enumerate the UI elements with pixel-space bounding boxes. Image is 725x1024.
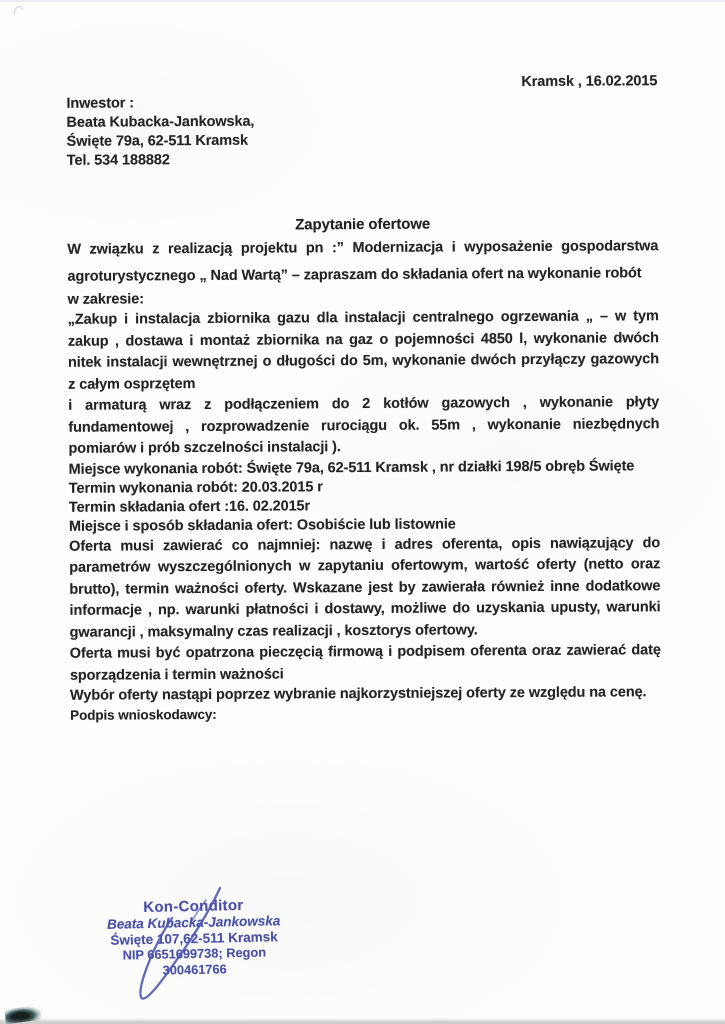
- scanned-document-page: Kramsk , 16.02.2015 Inwestor : Beata Kub…: [0, 0, 725, 1024]
- company-stamp: Kon-Conditor Beata Kubacka-Jankowska Świ…: [95, 896, 293, 979]
- offer-form-note: Oferta musi być opatrzona pieczęcią firm…: [70, 640, 661, 687]
- intro-paragraph: W związku z realizacją projektu pn :” Mo…: [67, 233, 658, 291]
- stamp-nip-regon: NIP 6651699738; Regon 300461766: [96, 944, 293, 979]
- scan-bottom-edge: [0, 1018, 725, 1024]
- signature-label: Podpis wnioskodawcy:: [70, 702, 661, 725]
- scan-pen-mark: [12, 5, 25, 20]
- selection-note: Wybór oferty nastąpi poprzez wybranie na…: [70, 683, 661, 706]
- date-line: Kramsk , 16.02.2015: [66, 0, 658, 95]
- document-content: Kramsk , 16.02.2015 Inwestor : Beata Kub…: [66, 0, 661, 725]
- investor-phone: Tel. 534 188882: [67, 148, 658, 171]
- scope-paragraph-2: i armaturą wraz z podłączeniem do 2 kotł…: [68, 392, 659, 460]
- detail-work-location: Miejsce wykonania robót: Święte 79a, 62-…: [69, 457, 660, 480]
- offer-requirements-paragraph: Oferta musi zawierać co najmniej: nazwę …: [69, 533, 661, 644]
- scope-paragraph-1: „Zakup i instalacja zbiornika gazu dla i…: [68, 306, 660, 396]
